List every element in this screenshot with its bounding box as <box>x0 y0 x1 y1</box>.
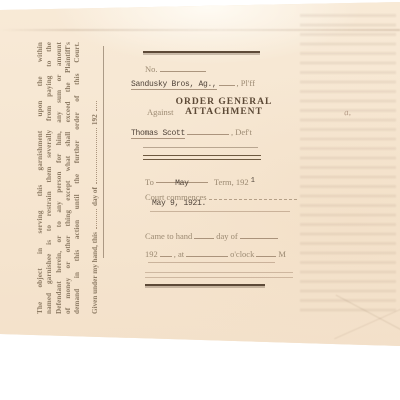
year-prefix-label: 192 <box>91 114 99 125</box>
show-through-ghost-text <box>300 14 396 314</box>
garnishment-note-line: named garnishee is to restrain them seve… <box>45 42 54 314</box>
garnishment-note-line: of money or other thing except what shal… <box>64 42 73 314</box>
came-at-label: , at <box>174 249 184 259</box>
form-title: ORDER GENERAL ATTACHMENT <box>160 98 288 117</box>
plaintiff-line: Sandusky Bros, Ag., , Pl'ff <box>131 77 255 90</box>
came-day-blank <box>194 230 214 239</box>
case-number-line: No. <box>145 63 206 74</box>
court-date-typed: May 9, 1921. <box>152 199 206 208</box>
court-date-line: May 9, 1921. <box>152 199 206 208</box>
defendant-line: Thomas Scott , Def't <box>131 126 252 139</box>
term-label: Term, 192 <box>214 177 249 187</box>
given-under-hand-label: Given under my hand, this <box>91 232 99 314</box>
term-month-typed: May <box>175 179 189 188</box>
side-note-rotated-block: The object in serving this garnishment u… <box>36 42 108 314</box>
term-line: To May Term, 192 1 <box>145 172 255 188</box>
defendant-name-typed: Thomas Scott <box>131 129 185 139</box>
court-commences-blank <box>209 191 297 200</box>
came-to-hand-line2: 192 , at o'clock M <box>145 248 286 259</box>
garnishment-note-line: demand in this action until the further … <box>73 42 82 314</box>
garnishment-note-line: Defendant herein, or to any person for h… <box>55 42 64 314</box>
term-month-blank: May <box>156 172 208 183</box>
scan-viewport: a, The object in serving this garnishmen… <box>0 0 400 400</box>
form-title-line2: ATTACHMENT <box>160 108 288 118</box>
defendant-label: , Def't <box>231 127 252 137</box>
case-number-label: No. <box>145 64 158 74</box>
blank-year <box>88 101 97 111</box>
came-time-blank <box>186 248 228 257</box>
oclock-label: o'clock <box>230 249 254 259</box>
plaintiff-blank <box>219 77 235 86</box>
garnishment-note-line: The object in serving this garnishment u… <box>36 42 45 314</box>
meridiem-label: M <box>278 249 286 259</box>
came-year-blank <box>160 248 172 257</box>
court-date-underline <box>150 211 290 212</box>
plaintiff-label: , Pl'ff <box>237 78 255 88</box>
day-of-label: day of <box>91 187 99 206</box>
came-month-blank <box>240 230 278 239</box>
came-to-hand-label: Came to hand <box>145 231 192 241</box>
mid-rule-thin <box>143 147 258 148</box>
meridiem-blank <box>256 248 276 257</box>
case-number-blank <box>160 63 206 72</box>
stray-ink-mark: a, <box>343 107 351 118</box>
top-rule <box>143 51 260 53</box>
blank-day <box>88 209 97 229</box>
plaintiff-name-typed: Sandusky Bros, Ag., <box>131 80 217 90</box>
attachment-form: No. Sandusky Bros, Ag., , Pl'ff Against … <box>130 48 305 298</box>
paper: a, The object in serving this garnishmen… <box>0 0 400 400</box>
bottom-rule-light <box>148 262 275 263</box>
term-year-digit-typed: 1 <box>251 177 255 185</box>
came-year-label: 192 <box>145 249 158 259</box>
given-under-hand-line: Given under my hand, this day of 192 <box>88 42 99 314</box>
mid-rule-double <box>143 155 261 160</box>
came-day-of-label: day of <box>216 231 237 241</box>
defendant-blank <box>187 126 229 135</box>
to-label: To <box>145 177 154 187</box>
bottom-rule-heavy <box>145 284 265 286</box>
signature-rule <box>103 46 104 258</box>
blank-month <box>88 128 97 184</box>
bottom-rule-light-double <box>145 272 293 278</box>
came-to-hand-line1: Came to hand day of <box>145 230 278 241</box>
